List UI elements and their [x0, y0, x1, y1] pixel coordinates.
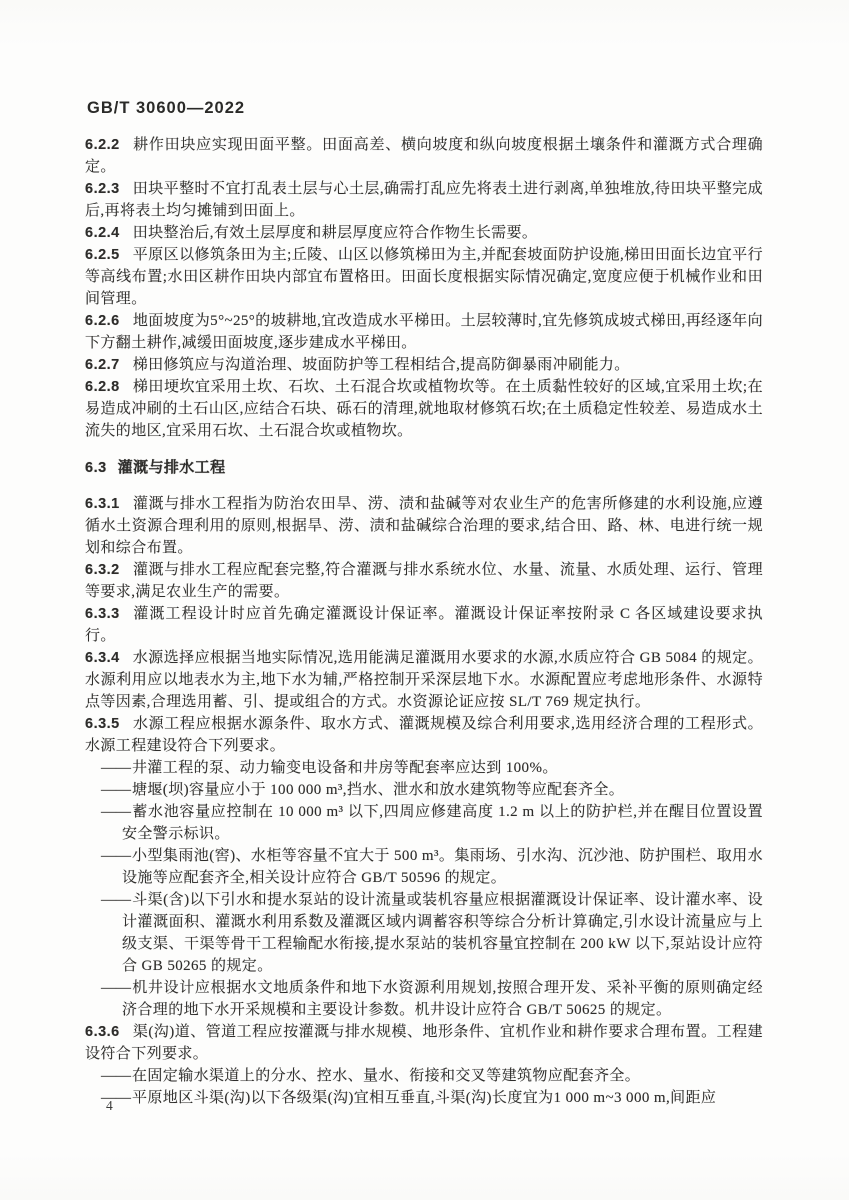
standard-number-header: GB/T 30600—2022 — [87, 96, 763, 120]
dash-item-text: 平原地区斗渠(沟)以下各级渠(沟)宜相互垂直,斗渠(沟)长度宜为1 000 m~… — [132, 1090, 716, 1106]
clause-number: 6.2.4 — [85, 225, 120, 241]
dash-marker: —— — [101, 782, 131, 798]
clause-6.2.2: 6.2.2耕作田块应实现田面平整。田面高差、横向坡度和纵向坡度根据土壤条件和灌溉… — [85, 134, 763, 178]
dash-marker: —— — [101, 980, 131, 996]
clause-text: 灌溉工程设计时应首先确定灌溉设计保证率。灌溉设计保证率按附录 C 各区域建设要求… — [85, 606, 763, 644]
clause-6.3.2: 6.3.2灌溉与排水工程应配套完整,符合灌溉与排水系统水位、水量、流量、水质处理… — [85, 559, 763, 603]
clause-number: 6.3.3 — [85, 606, 120, 622]
clause-6.2.7: 6.2.7梯田修筑应与沟道治理、坡面防护等工程相结合,提高防御暴雨冲刷能力。 — [85, 354, 763, 376]
clause-text: 水源工程应根据水源条件、取水方式、灌溉规模及综合利用要求,选用经济合理的工程形式… — [85, 716, 763, 754]
clause-number: 6.2.5 — [85, 247, 120, 263]
clause-text: 耕作田块应实现田面平整。田面高差、横向坡度和纵向坡度根据土壤条件和灌溉方式合理确… — [85, 137, 763, 175]
clause-text: 平原区以修筑条田为主;丘陵、山区以修筑梯田为主,并配套坡面防护设施,梯田田面长边… — [85, 247, 763, 307]
clause-number: 6.2.2 — [85, 137, 120, 153]
clause-number: 6.2.3 — [85, 181, 120, 197]
clause-number: 6.3.6 — [85, 1024, 120, 1040]
clause-text: 田块整治后,有效土层厚度和耕层厚度应符合作物生长需要。 — [133, 225, 538, 241]
dash-marker: —— — [101, 892, 131, 908]
clause-6.2.8: 6.2.8梯田埂坎宜采用土坎、石坎、土石混合坎或植物坎等。在土质黏性较好的区域,… — [85, 376, 763, 442]
dash-marker: —— — [101, 760, 131, 776]
dash-item: ——斗渠(含)以下引水和提水泵站的设计流量或装机容量应根据灌溉设计保证率、设计灌… — [85, 889, 763, 977]
dash-item-text: 井灌工程的泵、动力输变电设备和井房等配套率应达到 100%。 — [132, 760, 558, 776]
dash-item: ——蓄水池容量应控制在 10 000 m³ 以下,四周应修建高度 1.2 m 以… — [85, 801, 763, 845]
clause-number: 6.3.1 — [85, 496, 120, 512]
dash-item-text: 斗渠(含)以下引水和提水泵站的设计流量或装机容量应根据灌溉设计保证率、设计灌水率… — [122, 892, 763, 974]
page-number: 4 — [106, 1098, 113, 1114]
dash-item: ——塘堰(坝)容量应小于 100 000 m³,挡水、泄水和放水建筑物等应配套齐… — [85, 779, 763, 801]
clause-number: 6.3.2 — [85, 562, 120, 578]
section-heading-6.3: 6.3灌溉与排水工程 — [85, 457, 763, 479]
clause-text: 水源选择应根据当地实际情况,选用能满足灌溉用水要求的水源,水质应符合 GB 50… — [85, 650, 763, 710]
dash-item-text: 机井设计应根据水文地质条件和地下水资源利用规划,按照合理开发、采补平衡的原则确定… — [122, 980, 763, 1018]
clause-number: 6.2.7 — [85, 357, 120, 373]
dash-item-text: 塘堰(坝)容量应小于 100 000 m³,挡水、泄水和放水建筑物等应配套齐全。 — [132, 782, 624, 798]
dash-item: ——机井设计应根据水文地质条件和地下水资源利用规划,按照合理开发、采补平衡的原则… — [85, 977, 763, 1021]
clause-text: 灌溉与排水工程应配套完整,符合灌溉与排水系统水位、水量、流量、水质处理、运行、管… — [85, 562, 763, 600]
clause-text: 灌溉与排水工程 — [118, 460, 226, 476]
dash-item-text: 在固定输水渠道上的分水、控水、量水、衔接和交叉等建筑物应配套齐全。 — [132, 1068, 640, 1084]
document-body: GB/T 30600—2022 6.2.2耕作田块应实现田面平整。田面高差、横向… — [85, 0, 763, 1109]
clause-text: 渠(沟)道、管道工程应按灌溉与排水规模、地形条件、宜机作业和耕作要求合理布置。工… — [85, 1024, 763, 1062]
dash-marker: —— — [101, 1068, 131, 1084]
clause-6.2.6: 6.2.6地面坡度为5°~25°的坡耕地,宜改造成水平梯田。土层较薄时,宜先修筑… — [85, 310, 763, 354]
document-page: GB/T 30600—2022 6.2.2耕作田块应实现田面平整。田面高差、横向… — [0, 0, 849, 1200]
clause-number: 6.2.8 — [85, 379, 120, 395]
clause-text: 灌溉与排水工程指为防治农田旱、涝、渍和盐碱等对农业生产的危害所修建的水利设施,应… — [85, 496, 763, 556]
clause-6.3.1: 6.3.1灌溉与排水工程指为防治农田旱、涝、渍和盐碱等对农业生产的危害所修建的水… — [85, 493, 763, 559]
dash-item-text: 蓄水池容量应控制在 10 000 m³ 以下,四周应修建高度 1.2 m 以上的… — [122, 804, 763, 842]
clause-6.2.3: 6.2.3田块平整时不宜打乱表土层与心土层,确需打乱应先将表土进行剥离,单独堆放… — [85, 178, 763, 222]
clause-6.2.5: 6.2.5平原区以修筑条田为主;丘陵、山区以修筑梯田为主,并配套坡面防护设施,梯… — [85, 244, 763, 310]
clause-6.3.4: 6.3.4水源选择应根据当地实际情况,选用能满足灌溉用水要求的水源,水质应符合 … — [85, 647, 763, 713]
clause-6.3.5: 6.3.5水源工程应根据水源条件、取水方式、灌溉规模及综合利用要求,选用经济合理… — [85, 713, 763, 757]
clause-number: 6.3 — [85, 460, 107, 476]
dash-item: ——井灌工程的泵、动力输变电设备和井房等配套率应达到 100%。 — [85, 757, 763, 779]
clause-text: 梯田修筑应与沟道治理、坡面防护等工程相结合,提高防御暴雨冲刷能力。 — [133, 357, 630, 373]
dash-marker: —— — [101, 804, 131, 820]
dash-item-text: 小型集雨池(窖)、水柜等容量不宜大于 500 m³。集雨场、引水沟、沉沙池、防护… — [122, 848, 763, 886]
clause-blocks: 6.2.2耕作田块应实现田面平整。田面高差、横向坡度和纵向坡度根据土壤条件和灌溉… — [85, 134, 763, 1109]
clause-6.3.3: 6.3.3灌溉工程设计时应首先确定灌溉设计保证率。灌溉设计保证率按附录 C 各区… — [85, 603, 763, 647]
clause-text: 地面坡度为5°~25°的坡耕地,宜改造成水平梯田。土层较薄时,宜先修筑成坡式梯田… — [85, 313, 763, 351]
dash-item: ——在固定输水渠道上的分水、控水、量水、衔接和交叉等建筑物应配套齐全。 — [85, 1065, 763, 1087]
clause-number: 6.3.4 — [85, 650, 120, 666]
clause-text: 梯田埂坎宜采用土坎、石坎、土石混合坎或植物坎等。在土质黏性较好的区域,宜采用土坎… — [85, 379, 763, 439]
dash-item: ——平原地区斗渠(沟)以下各级渠(沟)宜相互垂直,斗渠(沟)长度宜为1 000 … — [85, 1087, 763, 1109]
clause-number: 6.2.6 — [85, 313, 120, 329]
clause-6.2.4: 6.2.4田块整治后,有效土层厚度和耕层厚度应符合作物生长需要。 — [85, 222, 763, 244]
dash-item: ——小型集雨池(窖)、水柜等容量不宜大于 500 m³。集雨场、引水沟、沉沙池、… — [85, 845, 763, 889]
clause-6.3.6: 6.3.6渠(沟)道、管道工程应按灌溉与排水规模、地形条件、宜机作业和耕作要求合… — [85, 1021, 763, 1065]
dash-marker: —— — [101, 848, 131, 864]
clause-text: 田块平整时不宜打乱表土层与心土层,确需打乱应先将表土进行剥离,单独堆放,待田块平… — [85, 181, 763, 219]
clause-number: 6.3.5 — [85, 716, 120, 732]
